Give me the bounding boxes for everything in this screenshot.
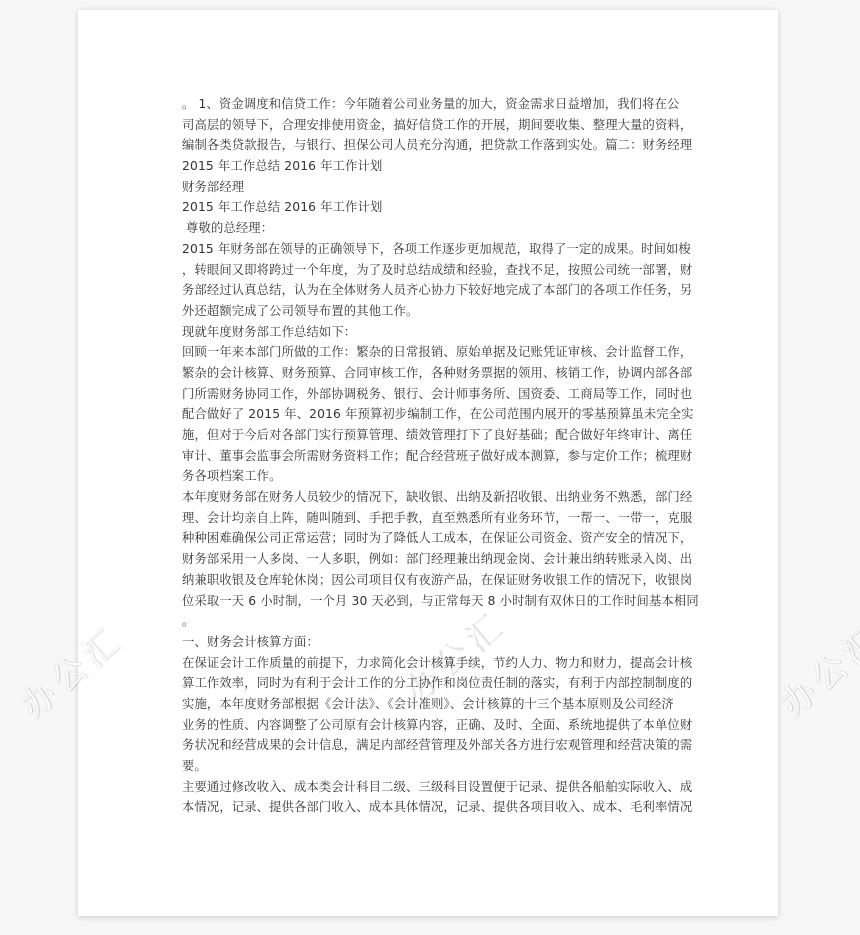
text-line: 门所需财务协同工作，外部协调税务、银行、会计师事务所、国资委、工商局等工作，同时… — [182, 384, 678, 405]
text-line: 回顾一年来本部门所做的工作：繁杂的日常报销、原始单据及记账凭证审核、会计监督工作… — [182, 342, 678, 363]
text-line: 理、会计均亲自上阵，随叫随到、手把手教，直至熟悉所有业务环节，一帮一、一带一，克… — [182, 508, 678, 529]
text-line: 施，但对于今后对各部门实行预算管理、绩效管理打下了良好基础；配合做好年终审计、离… — [182, 425, 678, 446]
text-line: 配合做好了 2015 年、2016 年预算初步编制工作，在公司范围内展开的零基预… — [182, 404, 678, 425]
text-line: 务状况和经营成果的会计信息，满足内部经营管理及外部关各方进行宏观管理和经营决策的… — [182, 735, 678, 756]
document-page: 。 1、资金调度和信贷工作：今年随着公司业务量的加大，资金需求日益增加，我们将在… — [78, 10, 778, 916]
text-line: 务各项档案工作。 — [182, 466, 678, 487]
text-line: 要。 — [182, 756, 678, 777]
text-line: 司高层的领导下，合理安排使用资金，搞好信贷工作的开展，期间要收集、整理大量的资料… — [182, 115, 678, 136]
heading-line: 财务部经理 — [182, 177, 678, 198]
text-line: 。 1、资金调度和信贷工作：今年随着公司业务量的加大，资金需求日益增加，我们将在… — [182, 94, 678, 115]
text-line: 种种困难确保公司正常运营；同时为了降低人工成本，在保证公司资金、资产安全的情况下… — [182, 528, 678, 549]
section-heading: 一、财务会计核算方面： — [182, 632, 678, 653]
text-line: 外还超额完成了公司领导布置的其他工作。 — [182, 301, 678, 322]
watermark-right: 办公汇 — [768, 611, 860, 726]
text-line: 在保证会计工作质量的前提下，力求简化会计核算手续，节约人力、物力和财力，提高会计… — [182, 653, 678, 674]
text-line: ，转眼间又即将跨过一个年度，为了及时总结成绩和经验，查找不足，按照公司统一部署，… — [182, 260, 678, 281]
text-line: 纳兼职收银及仓库轮休岗；因公司项目仅有夜游产品，在保证财务收银工作的情况下，收银… — [182, 570, 678, 591]
text-line: 实施，本年度财务部根据《会计法》、《会计准则》、会计核算的十三个基本原则及公司经… — [182, 694, 678, 715]
text-line: 财务部采用一人多岗、一人多职，例如：部门经理兼出纳现金岗、会计兼出纳转账录入岗、… — [182, 549, 678, 570]
text-line: 现就年度财务部工作总结如下： — [182, 322, 678, 343]
text-line: 2015 年财务部在领导的正确领导下，各项工作逐步更加规范，取得了一定的成果。时… — [182, 239, 678, 260]
salutation-line: 尊敬的总经理： — [182, 218, 678, 239]
document-body: 。 1、资金调度和信贷工作：今年随着公司业务量的加大，资金需求日益增加，我们将在… — [182, 94, 678, 818]
text-line: 审计、董事会监事会所需财务资料工作；配合经营班子做好成本测算，参与定价工作；梳理… — [182, 446, 678, 467]
text-line: 编制各类贷款报告，与银行、担保公司人员充分沟通，把贷款工作落到实处。篇二：财务经… — [182, 135, 678, 156]
text-line: 务部经过认真总结，认为在全体财务人员齐心协力下较好地完成了本部门的各项工作任务，… — [182, 280, 678, 301]
text-line: 。 — [182, 611, 678, 632]
text-line: 位采取一天 6 小时制，一个月 30 天必到，与正常每天 8 小时制有双休日的工… — [182, 591, 678, 612]
text-line: 繁杂的会计核算、财务预算、合同审核工作，各种财务票据的领用、核销工作，协调内部各… — [182, 363, 678, 384]
text-line: 主要通过修改收入、成本类会计科目二级、三级科目设置便于记录、提供各船舶实际收入、… — [182, 777, 678, 798]
text-line: 本年度财务部在财务人员较少的情况下，缺收银、出纳及新招收银、出纳业务不熟悉，部门… — [182, 487, 678, 508]
text-line: 本情况，记录、提供各部门收入、成本具体情况，记录、提供各项目收入、成本、毛利率情… — [182, 797, 678, 818]
text-line: 业务的性质、内容调整了公司原有会计核算内容，正确、及时、全面、系统地提供了本单位… — [182, 715, 678, 736]
text-line: 算工作效率，同时为有利于会计工作的分工协作和岗位责任制的落实，有利于内部控制制度… — [182, 673, 678, 694]
heading-line: 2015 年工作总结 2016 年工作计划 — [182, 197, 678, 218]
heading-line: 2015 年工作总结 2016 年工作计划 — [182, 156, 678, 177]
